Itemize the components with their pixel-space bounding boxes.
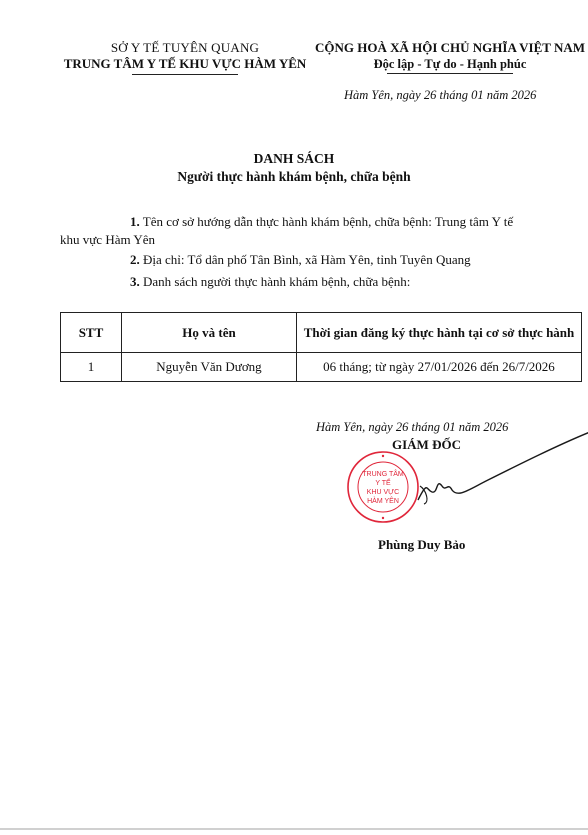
item-1: 1. Tên cơ sở hướng dẫn thực hành khám bệ… — [60, 213, 580, 249]
table-row: 1 Nguyễn Văn Dương 06 tháng; từ ngày 27/… — [61, 353, 582, 382]
issuing-agency: SỞ Y TẾ TUYÊN QUANG TRUNG TÂM Y TẾ KHU V… — [60, 40, 310, 75]
national-motto: CỘNG HOÀ XÃ HỘI CHỦ NGHĨA VIỆT NAM Độc l… — [300, 40, 588, 74]
document-date: Hàm Yên, ngày 26 tháng 01 năm 2026 — [344, 88, 536, 103]
practitioner-table: STT Họ và tên Thời gian đăng ký thực hàn… — [60, 312, 582, 382]
handwritten-signature-icon — [408, 420, 588, 510]
header-name: Họ và tên — [122, 313, 297, 353]
svg-text:KHU VỰC: KHU VỰC — [367, 489, 399, 496]
title-sub: Người thực hành khám bệnh, chữa bệnh — [0, 168, 588, 186]
motto-underline — [387, 73, 513, 74]
header-period: Thời gian đăng ký thực hành tại cơ sở th… — [297, 313, 582, 353]
item-3: 3. Danh sách người thực hành khám bệnh, … — [130, 273, 410, 291]
item-2: 2. Địa chỉ: Tổ dân phố Tân Bình, xã Hàm … — [130, 251, 471, 269]
header-stt: STT — [61, 313, 122, 353]
page-bottom-border — [0, 828, 588, 830]
agency-parent: SỞ Y TẾ TUYÊN QUANG — [60, 40, 310, 56]
agency-underline — [132, 74, 238, 75]
document-title: DANH SÁCH Người thực hành khám bệnh, chữ… — [0, 150, 588, 186]
motto: Độc lập - Tự do - Hạnh phúc — [300, 56, 588, 72]
signer-name: Phùng Duy Bảo — [378, 537, 465, 553]
table-header-row: STT Họ và tên Thời gian đăng ký thực hàn… — [61, 313, 582, 353]
title-main: DANH SÁCH — [0, 150, 588, 168]
country-name: CỘNG HOÀ XÃ HỘI CHỦ NGHĨA VIỆT NAM — [300, 40, 588, 56]
svg-text:TRUNG TÂM: TRUNG TÂM — [362, 469, 404, 478]
agency-name: TRUNG TÂM Y TẾ KHU VỰC HÀM YÊN — [60, 56, 310, 72]
svg-text:HÀM YÊN: HÀM YÊN — [367, 496, 399, 505]
svg-text:Y TẾ: Y TẾ — [375, 477, 391, 487]
